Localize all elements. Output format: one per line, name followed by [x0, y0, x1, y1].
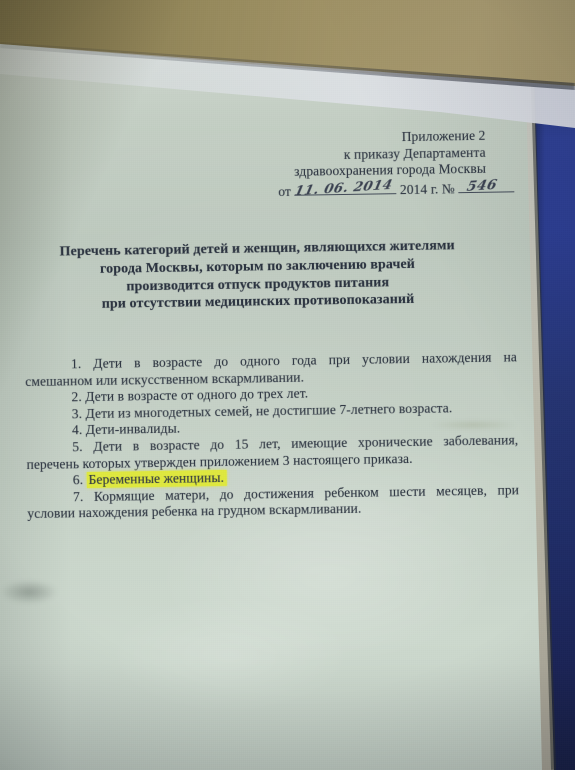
list-item-6-number: 6. [73, 472, 84, 487]
date-and-number-line: от 11. 06. 2014 2014 г. № 546 [238, 178, 514, 200]
date-prefix: от [278, 184, 291, 199]
document-content: Приложение 2 к приказу Департамента здра… [0, 0, 575, 770]
handwritten-date: 11. 06. 2014 [293, 178, 394, 200]
photo-of-document: Приложение 2 к приказу Департамента здра… [0, 0, 575, 770]
date-suffix: 2014 г. № [400, 181, 455, 197]
category-list: 1. Дети в возрасте до одного года при ус… [25, 349, 520, 523]
date-blank-underline: 11. 06. 2014 [294, 180, 396, 196]
number-blank-underline: 546 [458, 178, 514, 193]
document-title: Перечень категорий детей и женщин, являю… [11, 236, 504, 315]
handwritten-order-number: 546 [465, 177, 499, 195]
highlighted-text: Беременные женщины. [86, 470, 227, 488]
corner-header: Приложение 2 к приказу Департамента здра… [197, 128, 486, 182]
